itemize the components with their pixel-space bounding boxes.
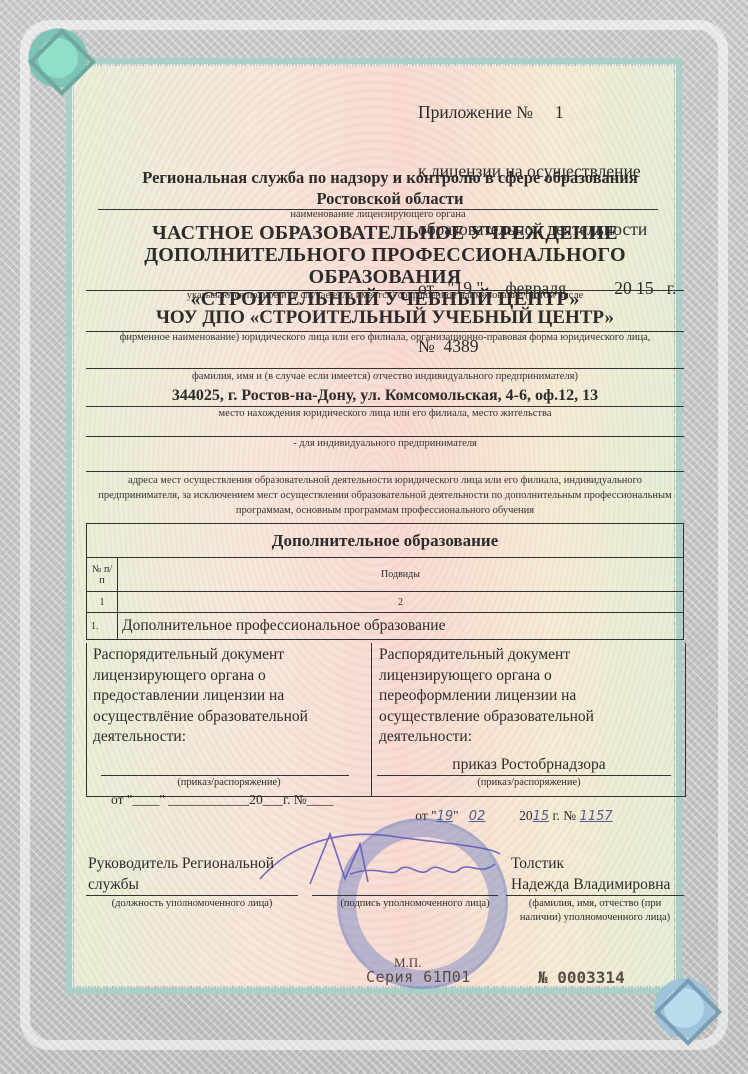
grant-document-text: Распорядительный документ лицензирующего… (93, 645, 333, 748)
licensing-body-region: Ростовской области (100, 188, 680, 209)
appendix-header: Приложение № 1 к лицензии на осуществлен… (418, 64, 676, 376)
divider (312, 895, 498, 896)
row-subtype: Дополнительное профессиональное образова… (118, 613, 684, 640)
handwritten-year: 15 (533, 809, 550, 824)
handwritten-order-number: 1157 (580, 809, 613, 824)
year-prefix: 20 (519, 808, 533, 823)
column-header-subtypes: Подвиды (118, 558, 684, 592)
row-number: 1. (87, 613, 118, 640)
licensing-body-name: Региональная служба по надзору и контрол… (100, 167, 680, 188)
administrative-documents: Распорядительный документ лицензирующего… (86, 643, 686, 797)
caption: (должность уполномоченного лица) (86, 897, 298, 911)
divider (86, 436, 684, 437)
org-name-line: ДОПОЛНИТЕЛЬНОГО ПРОФЕССИОНАЛЬНОГО ОБРАЗО… (95, 244, 675, 288)
signatory-position: Руководитель Региональной службы (88, 853, 288, 895)
reissue-document-text: Распорядительный документ лицензирующего… (379, 645, 629, 748)
licensing-body: Региональная служба по надзору и контрол… (100, 167, 680, 209)
signatory-surname: Толстик (511, 853, 670, 874)
form-series: Серия 61П01 (366, 968, 471, 986)
appendix-number: 1 (555, 102, 564, 122)
caption: - для индивидуального предпринимателя (86, 438, 684, 449)
caption: (подпись уполномоченного лица) (340, 897, 490, 911)
divider (86, 368, 684, 369)
date-quote: " (453, 808, 459, 823)
caption: (фамилия, имя, отчество (при наличии) уп… (510, 897, 680, 925)
reissue-document: Распорядительный документ лицензирующего… (373, 643, 685, 796)
organization-address: 344025, г. Ростов-на-Дону, ул. Комсомоль… (95, 387, 675, 405)
caption: (приказ/распоряжение) (87, 777, 371, 788)
caption: наименование лицензирующего органа (98, 209, 658, 220)
caption: адреса мест осуществления образовательно… (96, 473, 674, 518)
grant-document-date: от "____" ____________20___г. №____ (111, 792, 334, 808)
divider (86, 471, 684, 472)
grant-document: Распорядительный документ лицензирующего… (87, 643, 372, 796)
divider (86, 895, 298, 896)
organization-short-name: ЧОУ ДПО «СТРОИТЕЛЬНЫЙ УЧЕБНЫЙ ЦЕНТР» (95, 307, 675, 329)
divider (101, 775, 349, 776)
position-text: Руководитель Региональной службы (88, 853, 288, 895)
caption: место нахождения юридического лица или е… (86, 408, 684, 419)
corner-ornament-icon (638, 962, 730, 1054)
caption: (приказ/распоряжение) (373, 777, 685, 788)
education-table: Дополнительное образование № п/п Подвиды… (86, 523, 684, 640)
divider (377, 775, 671, 776)
org-name-line: ЧАСТНОЕ ОБРАЗОВАТЕЛЬНОЕ УЧРЕЖДЕНИЕ (95, 222, 675, 244)
table-row: 1. Дополнительное профессиональное образ… (87, 613, 684, 640)
column-index: 1 (87, 592, 118, 613)
reissue-document-value: приказ Ростобрнадзора (373, 756, 685, 774)
form-number: № 0003314 (538, 968, 625, 987)
handwritten-month: 02 (469, 809, 486, 824)
signatory-given-names: Надежда Владимировна (511, 874, 670, 895)
number-prefix: г. № (553, 808, 577, 823)
caption: фирменное наименование) юридического лиц… (86, 332, 684, 343)
divider (506, 895, 684, 896)
caption: фамилия, имя и (в случае если имеется) о… (86, 371, 684, 382)
caption: указываются полное и (в случае если имее… (86, 290, 684, 301)
signature-icon (250, 824, 510, 894)
table-title: Дополнительное образование (87, 524, 684, 558)
divider (86, 406, 684, 407)
corner-ornament-icon (12, 12, 104, 104)
column-index: 2 (118, 592, 684, 613)
signatory-name: Толстик Надежда Владимировна (511, 853, 670, 895)
column-header-number: № п/п (87, 558, 118, 592)
appendix-label: Приложение № (418, 102, 533, 122)
